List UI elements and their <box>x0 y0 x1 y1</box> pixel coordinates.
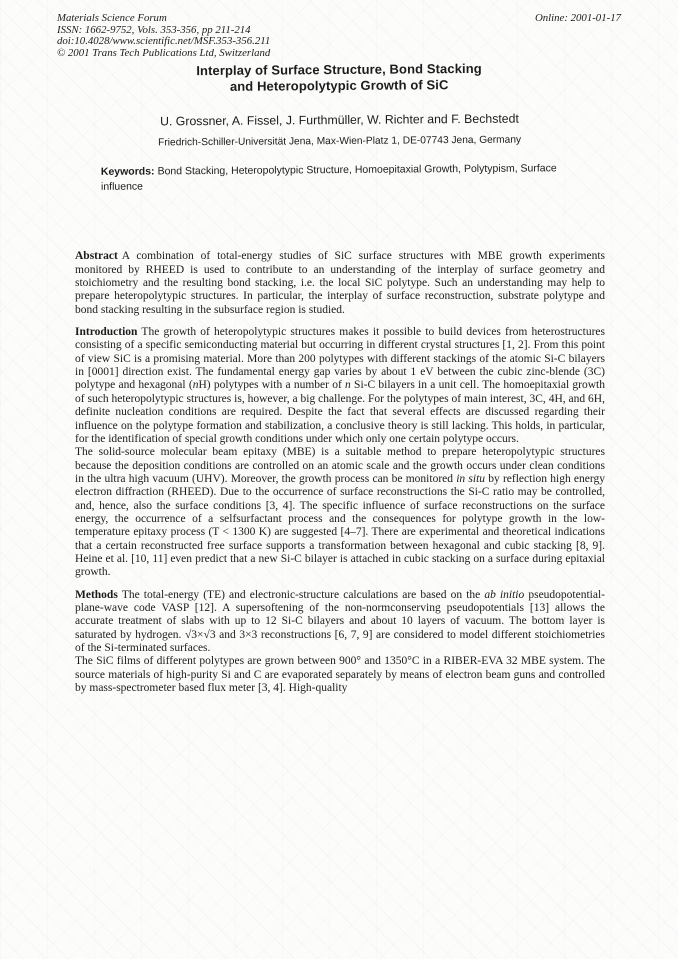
front-matter: Interplay of Surface Structure, Bond Sta… <box>0 60 678 195</box>
section-abstract: AbstractA combination of total-energy st… <box>75 250 605 317</box>
section-heading: Introduction <box>75 326 137 338</box>
keywords-block: Keywords:Bond Stacking, Heteropolytypic … <box>101 162 569 195</box>
keywords-text: Bond Stacking, Heteropolytypic Structure… <box>101 163 557 193</box>
paragraph: The solid-source molecular beam epitaxy … <box>75 446 605 579</box>
section-introduction: IntroductionThe growth of heteropolytypi… <box>75 326 605 580</box>
paragraph-text: The growth of heteropolytypic structures… <box>75 326 605 445</box>
paragraph: IntroductionThe growth of heteropolytypi… <box>75 326 605 446</box>
online-date: Online: 2001-01-17 <box>535 13 621 25</box>
paragraph: MethodsThe total-energy (TE) and electro… <box>75 589 605 656</box>
paper-title: Interplay of Surface Structure, Bond Sta… <box>0 60 678 96</box>
paper-body: AbstractA combination of total-energy st… <box>75 250 605 695</box>
section-heading: Abstract <box>75 250 118 262</box>
masthead-left: Materials Science Forum ISSN: 1662-9752,… <box>57 13 270 59</box>
paragraph-text: The SiC films of different polytypes are… <box>75 655 605 694</box>
paper-page: Materials Science Forum ISSN: 1662-9752,… <box>0 13 678 695</box>
paragraph: The SiC films of different polytypes are… <box>75 655 605 695</box>
paragraph-text: The solid-source molecular beam epitaxy … <box>75 446 605 578</box>
copyright-line: © 2001 Trans Tech Publications Ltd, Swit… <box>57 48 270 60</box>
section-heading: Methods <box>75 589 118 601</box>
keywords-label: Keywords: <box>101 166 155 178</box>
paragraph-text: A combination of total-energy studies of… <box>75 250 605 315</box>
journal-masthead: Materials Science Forum ISSN: 1662-9752,… <box>57 13 621 59</box>
paragraph: AbstractA combination of total-energy st… <box>75 250 605 317</box>
affiliation-line: Friedrich-Schiller-Universität Jena, Max… <box>1 134 678 150</box>
journal-name: Materials Science Forum <box>57 13 270 25</box>
authors-line: U. Grossner, A. Fissel, J. Furthmüller, … <box>0 111 678 130</box>
paragraph-text: The total-energy (TE) and electronic-str… <box>75 589 605 654</box>
section-methods: MethodsThe total-energy (TE) and electro… <box>75 589 605 696</box>
